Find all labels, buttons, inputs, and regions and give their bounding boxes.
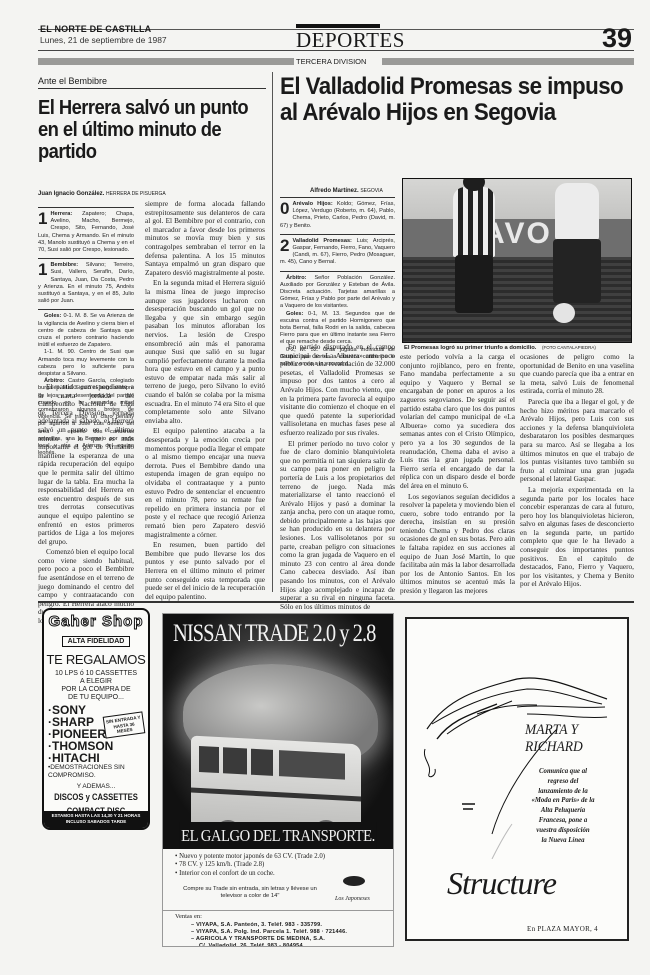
photo-caption: El Promesas logró su primer triunfo a do… (404, 345, 596, 351)
score-herrera: 1 (38, 211, 47, 226)
referee-valladolid: Árbitro: Señor Población González. Auxil… (280, 275, 395, 311)
paragraph: Parecía que iba a llegar el gol, y de he… (520, 398, 634, 484)
football (553, 303, 575, 323)
ad-nissan-trade: NISSAN TRADE 2.0 y 2.8 EL GALGO DEL TRAN… (162, 613, 394, 947)
goals-herrera-2: 1-1. M. 90. Centro de Susi que Armando t… (38, 349, 134, 378)
nissan-image: NISSAN TRADE 2.0 y 2.8 EL GALGO DEL TRAN… (163, 614, 393, 849)
goals-herrera: Goles: 0-1. M. 8. Se va Arienza de la vi… (38, 313, 134, 349)
gaher-offer: 10 LPS ó 10 CASSETTES A ELEGIR POR LA CO… (44, 670, 148, 702)
fact-box-rule (38, 207, 134, 208)
headline-herrera: El Herrera salvó un punto en el último m… (38, 97, 255, 163)
structure-signature: Structure (447, 865, 556, 902)
marta-text: Comunica que al regreso del lanzamiento … (507, 767, 619, 845)
paragraph: El equipo palentino atacaba a la desespe… (145, 427, 265, 539)
paragraph: siempre de forma alocada fallando estrep… (145, 200, 265, 277)
byline-place: HERRERA DE PISUERGA (106, 191, 166, 197)
gaher-logo: Gaher Shop (44, 613, 148, 630)
byline-author: Alfredo Martínez. (310, 188, 359, 194)
match-photo: AVO (402, 178, 632, 343)
van-image (191, 736, 361, 835)
gaher-also: Y ADEMAS... (44, 783, 148, 790)
banner-bar-right (382, 58, 634, 65)
ad-gaher-shop: Gaher Shop ALTA FIDELIDAD TE REGALAMOS 1… (42, 608, 150, 830)
article-body-col1: El partido correspondiente a la cuarta j… (38, 383, 134, 628)
gaher-subtitle: ALTA FIDELIDAD (62, 636, 131, 647)
lineup-bembibre: 1 Bembibre: Silvano; Terreiro, Susi, Val… (38, 262, 134, 305)
lineup-valladolid: 2 Valladolid Promesas: Luis; Arciprés, G… (280, 238, 395, 267)
lineup-text: Zapatero; Chapa, Avelino, Macho, Bermejo… (38, 211, 134, 253)
byline-place: SEGOVIA (360, 188, 383, 194)
byline-author: Juan Ignacio González. (38, 191, 104, 197)
player-white (555, 183, 599, 241)
article-body-col2: siempre de forma alocada fallando estrep… (145, 200, 265, 603)
article-body-right-col2: este período volvía a la carga el conjun… (400, 353, 515, 598)
paragraph: En la segunda mitad el Herrera siguió la… (145, 279, 265, 425)
marta-title: MARTA Y RICHARD (525, 722, 583, 756)
nissan-features: • Nuevo y potente motor japonés de 63 CV… (175, 853, 325, 878)
nissan-brand-tag: Los Japoneses (335, 896, 370, 902)
gaher-headline: TE REGALAMOS (44, 652, 148, 667)
paragraph: ocasiones de peligro como la oportunidad… (520, 353, 634, 396)
division-banner: TERCERA DIVISION (296, 57, 366, 66)
ad-marta-richard: MARTA Y RICHARD Comunica que al regreso … (405, 617, 629, 941)
nissan-cta: Compre su Trade sin entrada, sin letras … (175, 886, 325, 900)
fact-box-rule (280, 271, 395, 272)
photo-credit: (FOTO CANTALAPIEDRA) (542, 345, 596, 350)
nissan-title: NISSAN TRADE 2.0 y 2.8 (173, 620, 375, 648)
score-valladolid: 2 (280, 238, 289, 253)
nissan-dealers: – VIYAPA, S.A. Panteón, 3. Teléf. 983 - … (191, 922, 347, 947)
team-label: Bembibre: (50, 262, 78, 268)
banner-bar-left (38, 58, 294, 65)
fact-box-rule (38, 258, 134, 259)
fact-box-rule (280, 234, 395, 235)
marta-address: En PLAZA MAYOR, 4 (527, 925, 598, 933)
column-divider (272, 72, 273, 592)
article-kicker: Ante el Bembibre (38, 76, 107, 86)
ads-rule (160, 601, 634, 603)
headline-valladolid: El Valladolid Promesas se impuso al Arév… (280, 74, 624, 126)
article-body-right-col1: En partido disputado en el campo municip… (280, 343, 395, 613)
score-arevalo: 0 (280, 201, 289, 216)
paragraph: En resumen, buen partido del Bembibre qu… (145, 541, 265, 601)
team-label: Herrera: (50, 211, 72, 217)
gaher-demo: •DEMOSTRACIONES SIN COMPROMISO. (44, 764, 148, 780)
fact-box-rule (280, 197, 395, 198)
lineup-herrera: 1 Herrera: Zapatero; Chapa, Avelino, Mac… (38, 211, 134, 254)
paragraph: En partido disputado en el campo municip… (280, 343, 395, 438)
masthead-rule (38, 50, 634, 51)
paragraph: Los segovianos seguían decididos a resol… (400, 493, 515, 596)
publication-date: Lunes, 21 de septiembre de 1987 (40, 35, 167, 45)
lineup-text: Silvano; Terreiro, Susi, Vallero, Serafí… (38, 262, 134, 304)
lineup-arevalo: 0 Arévalo Hijos: Koldo; Gómez, Frías, Ló… (280, 201, 395, 230)
kicker-rule (38, 88, 266, 89)
nissan-logo-icon (343, 876, 365, 886)
byline: Alfredo Martínez. SEGOVIA (310, 188, 383, 194)
paragraph: El partido correspondiente a la cuarta j… (38, 383, 134, 546)
newspaper-name: EL NORTE DE CASTILLA (40, 24, 151, 34)
nissan-slogan: EL GALGO DEL TRANSPORTE. (179, 822, 377, 849)
nissan-sales-label: Ventas en: (175, 913, 202, 920)
gaher-hours: ESTAMOS HASTA LAS 14,30 Y 21 HORAS INCLU… (44, 811, 148, 828)
article-body-right-col3: ocasiones de peligro como la oportunidad… (520, 353, 634, 591)
paragraph: El primer período no tuvo color y fue de… (280, 440, 395, 612)
byline: Juan Ignacio González. HERRERA DE PISUER… (38, 191, 166, 197)
fact-box-rule (38, 309, 134, 310)
score-bembibre: 1 (38, 262, 47, 277)
ads-rule-left (38, 601, 160, 603)
player-striped (453, 187, 495, 257)
paragraph: este período volvía a la carga el conjun… (400, 353, 515, 491)
paragraph: La mejoría experimentada en la segunda p… (520, 486, 634, 589)
